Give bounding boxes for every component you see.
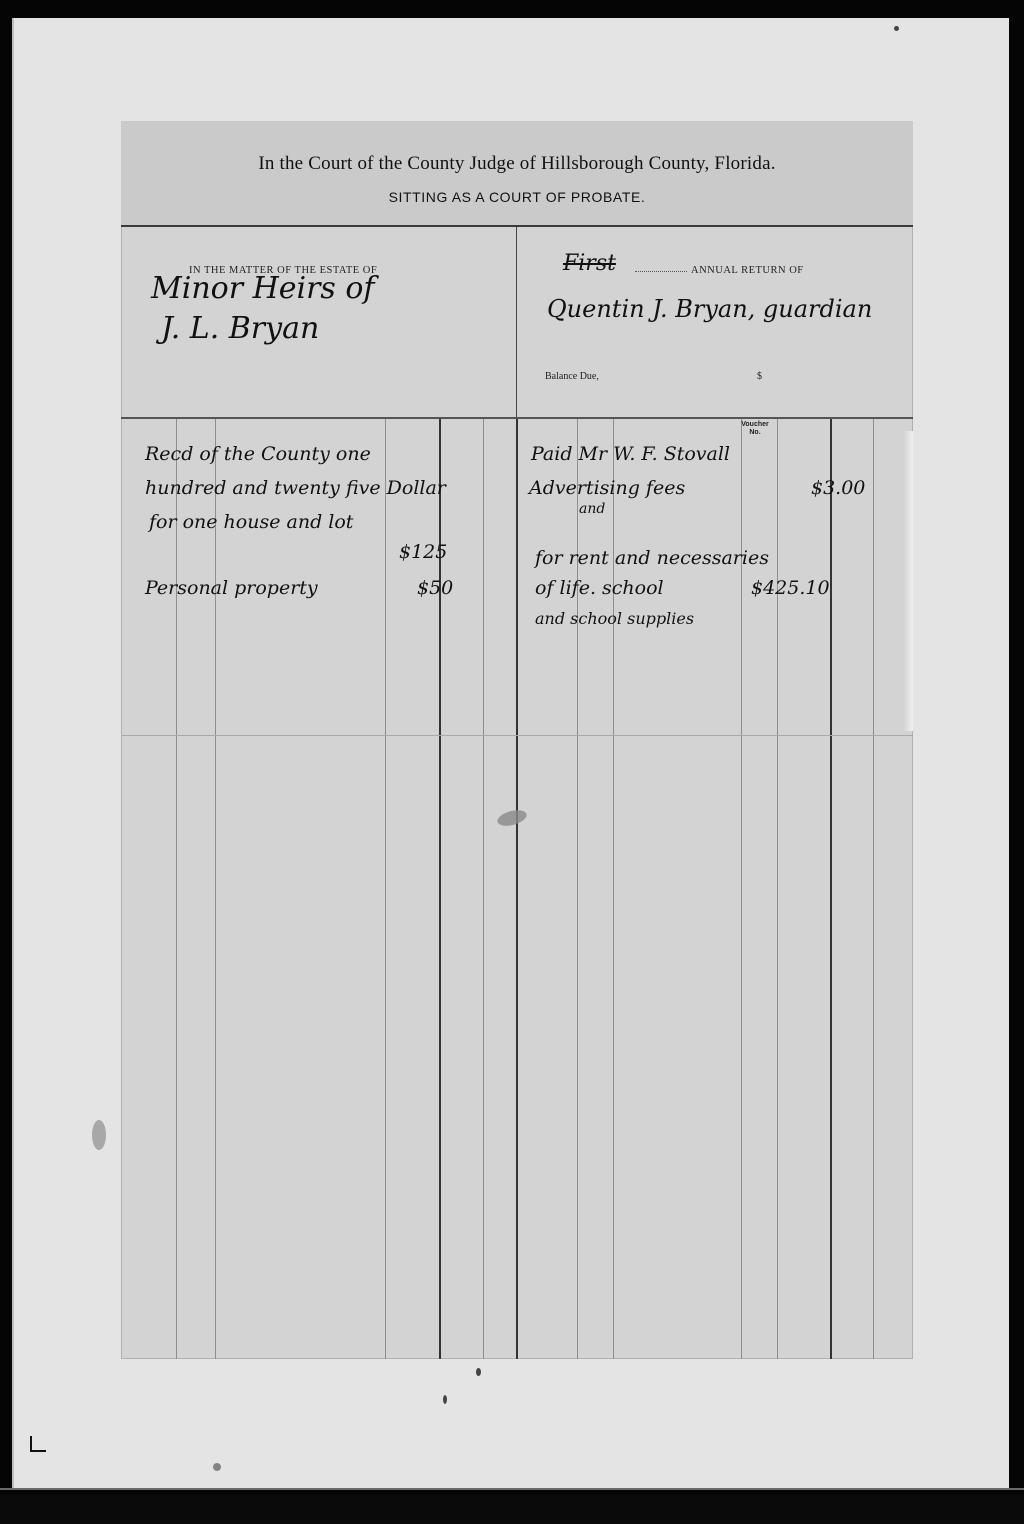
disbursement-entry: of life. school [535,577,664,599]
info-section: IN THE MATTER OF THE ESTATE OF Minor Hei… [121,227,913,419]
form-header: In the Court of the County Judge of Hill… [121,121,913,227]
return-panel: First ANNUAL RETURN OF Quentin J. Bryan,… [517,227,913,417]
paper-speck [894,26,899,31]
receipt-entry: Personal property [145,577,318,599]
return-ordinal: First [563,251,616,276]
crop-corner-mark [30,1436,46,1452]
receipt-entry: Recd of the County one [145,443,371,465]
paper-speck [213,1463,221,1471]
balance-currency: $ [757,371,763,382]
ledger-money-rule [830,419,832,1359]
ledger-rule [483,419,484,1359]
paper-speck [476,1368,481,1376]
ledger-rule [215,419,216,1359]
paper-bottom-edge [0,1488,1024,1490]
court-subtitle: SITTING AS A COURT OF PROBATE. [121,189,913,205]
paper-blemish [92,1120,106,1150]
ledger-rule [176,419,177,1359]
ordinal-dotted-line [635,271,687,272]
disbursement-entry: and [579,501,605,517]
paper-speck [443,1395,447,1404]
balance-due-label: Balance Due, [545,371,599,382]
receipt-amount: $50 [417,577,453,599]
ledger-rule [777,419,778,1359]
receipt-amount: $125 [399,541,447,563]
court-title: In the Court of the County Judge of Hill… [121,153,913,175]
annual-return-label: ANNUAL RETURN OF [691,265,804,276]
disbursement-entry: Paid Mr W. F. Stovall [531,443,730,465]
torn-paper-edge [903,431,913,731]
ledger-table: Voucher No. Recd of the County one hundr… [121,419,913,1359]
ledger-fold-line [121,735,913,736]
estate-panel: IN THE MATTER OF THE ESTATE OF Minor Hei… [121,227,516,417]
paper-blemish [496,807,529,828]
scan-bottom-band [0,1494,1024,1524]
disbursement-amount: $425.10 [751,577,830,599]
voucher-number-header: Voucher No. [732,421,778,437]
disbursement-entry: and school supplies [535,609,694,628]
guardian-name: Quentin J. Bryan, guardian [547,295,872,323]
receipt-entry: for one house and lot [149,511,353,533]
disbursement-entry: Advertising fees [529,477,685,499]
receipt-entry: hundred and twenty five Dollar [145,477,446,499]
paper-edge [12,18,14,1488]
disbursement-entry: for rent and necessaries [535,547,769,569]
probate-form: In the Court of the County Judge of Hill… [121,121,913,1359]
estate-name-line-1: Minor Heirs of [151,269,375,309]
ledger-rule [873,419,874,1359]
disbursement-amount: $3.00 [811,477,865,499]
estate-name: Minor Heirs of J. L. Bryan [151,269,375,349]
ledger-center-divider [516,419,518,1359]
ledger-rule [385,419,386,1359]
estate-name-line-2: J. L. Bryan [151,309,375,349]
